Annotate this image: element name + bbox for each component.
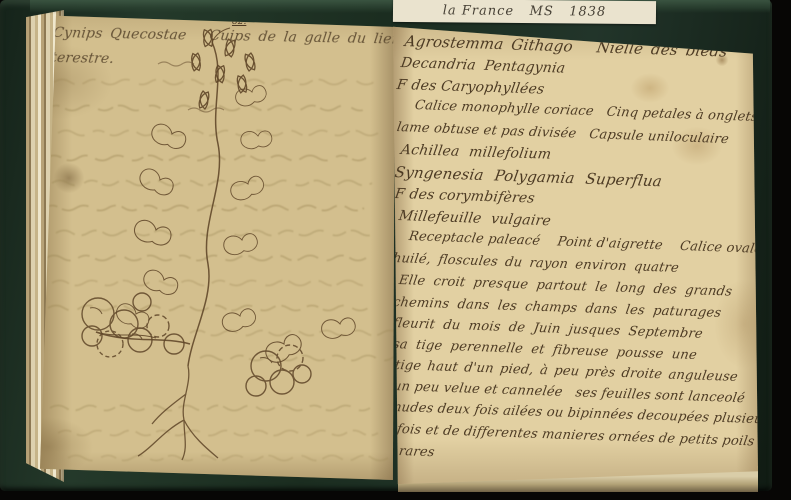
manuscript-line: Elle croit presque partout le long des g… (398, 274, 733, 299)
archival-label: la France MS 1838 (393, 0, 656, 24)
manuscript-line: huilé, floscules du rayon environ quatre (392, 252, 680, 275)
left-page: 82. Cynips Quecostae Cuips de la galle d… (40, 12, 395, 480)
manuscript-line: fleurit du mois de Juin jusques Septembr… (392, 317, 704, 341)
manuscript-line: Syngenesia Polygamia Superflua (394, 165, 663, 189)
manuscript-line: fois et de differentes manieres ornées d… (396, 423, 756, 448)
manuscript-line: Calice monophylle coriace Cinq petales à… (414, 99, 759, 124)
manuscript-line: Achillea millefolium (400, 143, 552, 162)
manuscript-line: sa tige perennelle et fibreuse pousse un… (392, 338, 698, 362)
plant-stem (96, 28, 230, 366)
plant-leaves (114, 82, 358, 367)
manuscript-line: F des corymbifères (394, 187, 536, 206)
botanical-drawing (40, 12, 395, 480)
gall-cluster-right (246, 345, 311, 396)
right-page: 83. Agrostemma Githago Nielle des bleds … (392, 24, 758, 486)
plant-roots (138, 366, 218, 460)
manuscript-line: rares (398, 445, 436, 459)
manuscript-line: chemins dans les champs dans les paturag… (392, 296, 722, 320)
manuscript-line: F des Caryophyllées (396, 78, 546, 97)
flower-cluster (158, 28, 258, 112)
gall-cluster-left (82, 293, 184, 357)
manuscript-line: lame obtuse et pas divisée Capsule unilo… (396, 121, 730, 146)
manuscript-photo: la France MS 1838 (0, 0, 791, 500)
manuscript-line: Decandria Pentagynia (400, 56, 567, 76)
manuscript-line: Receptacle paleacé Point d'aigrette Cali… (408, 230, 763, 256)
archival-label-text: la France MS 1838 (443, 3, 607, 19)
manuscript-line: Millefeuille vulgaire (398, 209, 552, 228)
